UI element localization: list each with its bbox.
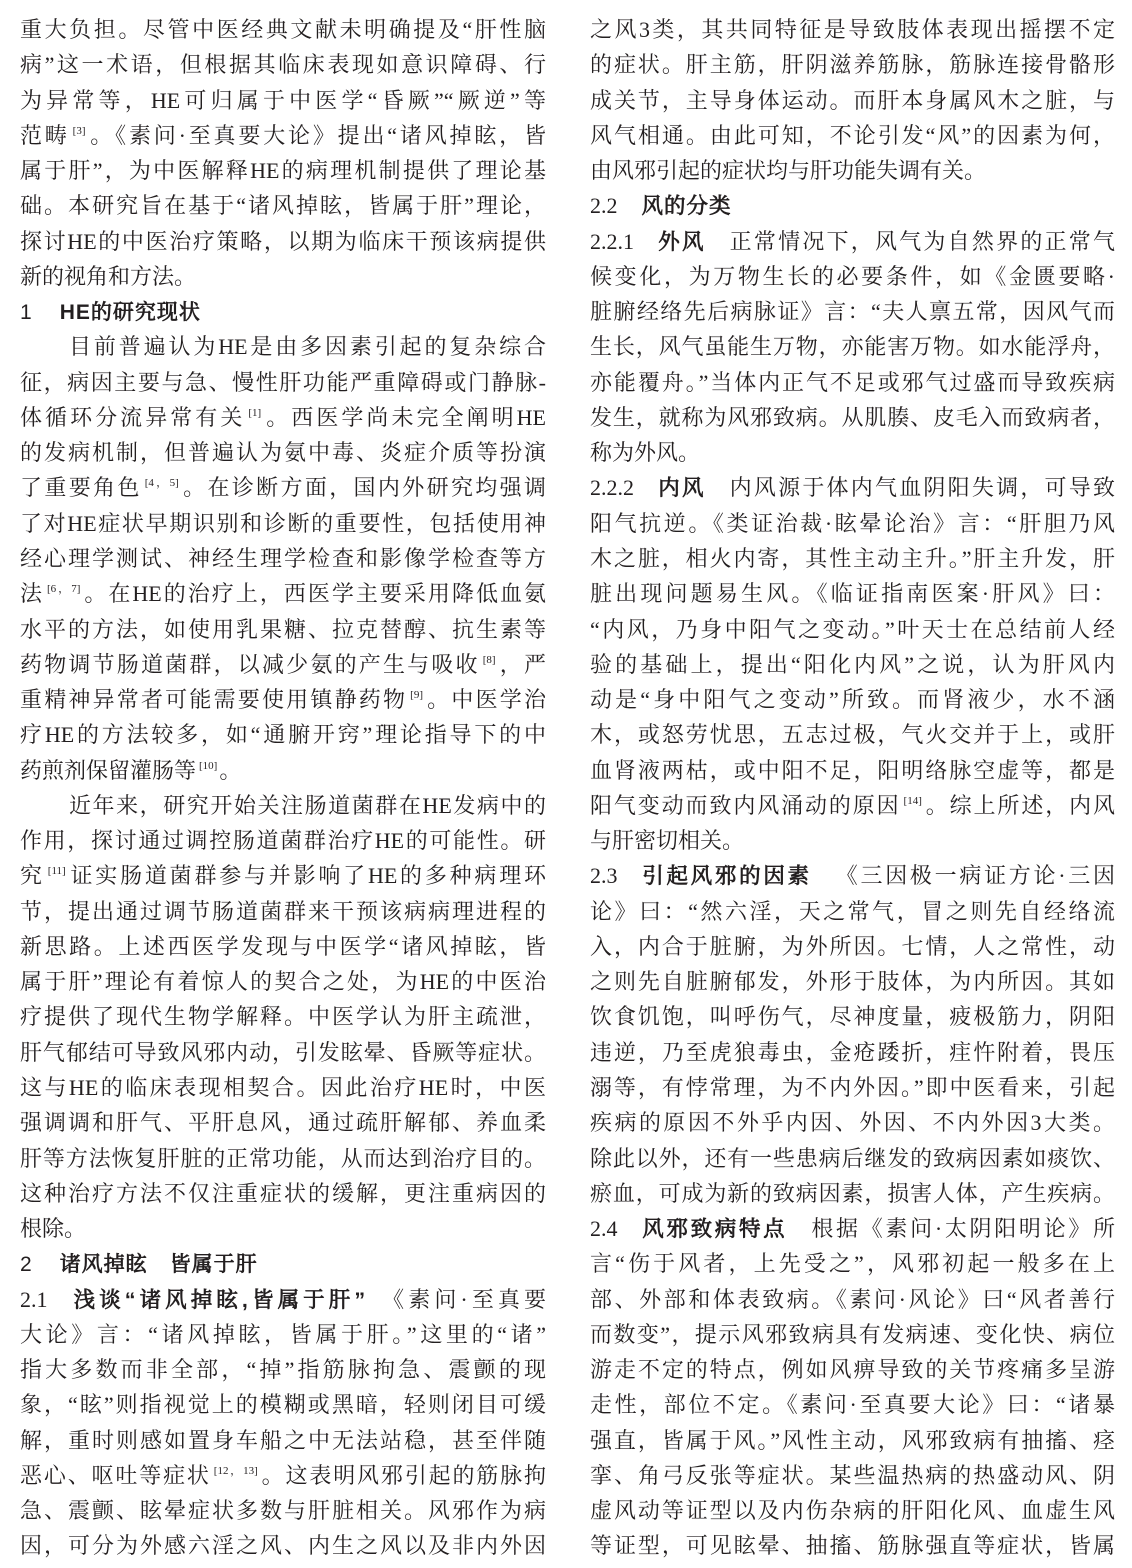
body-text: 。综上所述，内风 <box>924 793 1115 818</box>
text-line: 溺等，有悖常理，为不内外因。”即中医看来，引起 <box>590 1070 1115 1105</box>
text-line: 的发病机制，但普遍认为氨中毒、炎症介质等扮演 <box>20 435 546 470</box>
body-text: 阳气变动而致内风涌动的原因 <box>590 793 901 818</box>
section-title: HE的研究现状 <box>60 301 201 324</box>
text-line: 之风3类，其共同特征是导致肢体表现出摇摆不定 <box>590 12 1115 47</box>
body-text: 恶心、呕吐等症状 <box>20 1463 211 1488</box>
text-line: 为异常等，HE可归属于中医学“昏厥”“厥逆”等 <box>20 83 546 118</box>
citation-superscript: [14] <box>904 795 922 807</box>
body-text: 法 <box>20 581 44 606</box>
body-text: 。在诊断方面，国内外研究均强调 <box>181 475 546 500</box>
body-text: 因，可分为外感六淫之风、内生之风以及非内外因 <box>20 1533 546 1558</box>
section-heading: 1HE的研究现状 <box>20 294 546 329</box>
body-text: 了对HE症状早期识别和诊断的重要性，包括使用神 <box>20 511 546 536</box>
body-text: 。西医学尚未完全阐明HE <box>263 405 546 430</box>
paragraph: 目前普遍认为HE是由多因素引起的复杂综合征，病因主要与急、慢性肝功能严重障碍或门… <box>20 329 546 787</box>
body-text: 虚风动等证型以及内伤杂病的肝阳化风、血虚生风 <box>590 1498 1115 1523</box>
body-text: 重精神异常者可能需要使用镇静药物 <box>20 687 407 712</box>
citation-superscript: [1] <box>248 407 261 419</box>
paragraph: 2.2.1外风正常情况下，风气为自然界的正常气候变化，为万物生长的必要条件，如《… <box>590 224 1115 471</box>
body-text: 《素问·至真要 <box>389 1287 546 1312</box>
text-line: 之则先自脏腑郁发，外形于肢体，为内所因。其如 <box>590 964 1115 999</box>
citation-superscript: [9] <box>410 689 423 701</box>
text-line: 药物调节肠道菌群，以减少氨的产生与吸收[8]，严 <box>20 647 546 682</box>
body-text: 疗HE的方法较多，如“通腑开窍”理论指导下的中 <box>20 722 546 747</box>
citation-superscript: [4，5] <box>145 477 179 489</box>
body-text: 等证型，可见眩晕、抽搐、筋脉强直等症状，皆属 <box>590 1533 1115 1558</box>
text-line: 饮食饥饱，叫呼伤气，尽神度量，疲极筋力，阴阳 <box>590 999 1115 1034</box>
text-line: 2.1浅谈“诸风掉眩,皆属于肝”《素问·至真要 <box>20 1282 546 1317</box>
body-text: 为异常等，HE可归属于中医学“昏厥”“厥逆”等 <box>20 88 546 113</box>
text-line: 新思路。上述西医学发现与中医学“诸风掉眩，皆 <box>20 929 546 964</box>
text-line: 了对HE症状早期识别和诊断的重要性，包括使用神 <box>20 506 546 541</box>
text-line: 重精神异常者可能需要使用镇静药物[9]。中医学治 <box>20 682 546 717</box>
body-text: 瘀血，可成为新的致病因素，损害人体，产生疾病。 <box>590 1181 1115 1206</box>
section-number: 2.2 <box>590 193 618 218</box>
text-line: 亦能覆舟。”当体内正气不足或邪气过盛而导致疾病 <box>590 365 1115 400</box>
body-text: 言“伤于风者，上先受之”，风邪初起一般多在上 <box>590 1251 1115 1276</box>
text-line: 急、震颤、眩晕症状多数与肝脏相关。风邪作为病 <box>20 1493 546 1528</box>
right-column: 之风3类，其共同特征是导致肢体表现出摇摆不定的症状。肝主筋，肝阴滋养筋脉，筋脉连… <box>590 12 1115 1564</box>
text-line: 节，提出通过调节肠道菌群来干预该病病理进程的 <box>20 894 546 929</box>
body-text: 新思路。上述西医学发现与中医学“诸风掉眩，皆 <box>20 934 546 959</box>
left-column: 重大负担。尽管中医经典文献未明确提及“肝性脑病”这一术语，但根据其临床表现如意识… <box>20 12 546 1564</box>
text-line: 木，或怒劳忧思，五志过极，气火交并于上，或肝 <box>590 717 1115 752</box>
run-in-heading: 风邪致病特点 <box>640 1217 788 1241</box>
paragraph: 2.2.2内风内风源于体内气血阴阳失调，可导致阳气抗逆。《类证治裁·眩晕论治》言… <box>590 470 1115 858</box>
body-text: 走性，部位不定。《素问·至真要大论》曰：“诸暴 <box>590 1392 1115 1417</box>
body-text: 之风3类，其共同特征是导致肢体表现出摇摆不定 <box>590 17 1115 42</box>
body-text: 目前普遍认为HE是由多因素引起的复杂综合 <box>69 334 546 359</box>
body-text: 发生，就称为风邪致病。从肌腠、皮毛入而致病者， <box>590 405 1115 430</box>
body-text: 成关节，主导身体运动。而肝本身属风木之脏，与 <box>590 88 1115 113</box>
text-line: 大论》言：“诸风掉眩，皆属于肝。”这里的“诸” <box>20 1317 546 1352</box>
body-text: 经心理学测试、神经生理学检查和影像学检查等方 <box>20 546 546 571</box>
body-text: 这与HE的临床表现相契合。因此治疗HE时，中医 <box>20 1075 546 1100</box>
text-line: 走性，部位不定。《素问·至真要大论》曰：“诸暴 <box>590 1387 1115 1422</box>
text-line: 新的视角和方法。 <box>20 259 546 294</box>
body-text: 。 <box>219 758 241 783</box>
text-line: 2.4风邪致病特点根据《素问·太阴阳明论》所 <box>590 1211 1115 1246</box>
paragraph: 重大负担。尽管中医经典文献未明确提及“肝性脑病”这一术语，但根据其临床表现如意识… <box>20 12 546 294</box>
body-text: 由风邪引起的症状均与肝功能失调有关。 <box>590 158 986 183</box>
text-line: 脏腑经络先后病脉证》言：“夫人禀五常，因风气而 <box>590 294 1115 329</box>
text-line: 血肾液两枯，或中阳不足，阳明络脉空虚等，都是 <box>590 753 1115 788</box>
text-line: 究[11]证实肠道菌群参与并影响了HE的多种病理环 <box>20 858 546 893</box>
text-line: 疗提供了现代生物学解释。中医学认为肝主疏泄， <box>20 999 546 1034</box>
text-line: 阳气变动而致内风涌动的原因[14]。综上所述，内风 <box>590 788 1115 823</box>
body-text: 的症状。肝主筋，肝阴滋养筋脉，筋脉连接骨骼形 <box>590 52 1115 77</box>
run-in-heading: 内风 <box>656 476 706 500</box>
body-text: 入，内合于脏腑，为外所因。七情，人之常性，动 <box>590 934 1115 959</box>
text-line: 验的基础上，提出“阳化内风”之说，认为肝风内 <box>590 647 1115 682</box>
body-text: 称为外风。 <box>590 440 700 465</box>
text-line: 称为外风。 <box>590 435 1115 470</box>
body-text: 部、外部和体表致病。《素问·风论》曰“风者善行 <box>590 1287 1115 1312</box>
body-text: 新的视角和方法。 <box>20 264 196 289</box>
text-line: 言“伤于风者，上先受之”，风邪初起一般多在上 <box>590 1246 1115 1281</box>
text-line: 解，重时则感如置身车船之中无法站稳，甚至伴随 <box>20 1423 546 1458</box>
text-line: 探讨HE的中医治疗策略，以期为临床干预该病提供 <box>20 224 546 259</box>
text-line: 违逆，乃至虎狼毒虫，金疮踒折，疰忤附着，畏压 <box>590 1035 1115 1070</box>
text-line: 虚风动等证型以及内伤杂病的肝阳化风、血虚生风 <box>590 1493 1115 1528</box>
body-text: 挛、角弓反张等症状。某些温热病的热盛动风、阴 <box>590 1463 1115 1488</box>
text-line: 强直，皆属于风。”风性主动，风邪致病有抽搐、痉 <box>590 1423 1115 1458</box>
body-text: 论》曰：“然六淫，天之常气，冒之则先自经络流 <box>590 899 1115 924</box>
text-line: 肝等方法恢复肝脏的正常功能，从而达到治疗目的。 <box>20 1141 546 1176</box>
text-line: 强调调和肝气、平肝息风，通过疏肝解郁、养血柔 <box>20 1105 546 1140</box>
text-line: 根除。 <box>20 1211 546 1246</box>
body-text: 阳气抗逆。《类证治裁·眩晕论治》言：“肝胆乃风 <box>590 511 1115 536</box>
body-text: 指大多数而非全部，“掉”指筋脉拘急、震颤的现 <box>20 1357 546 1382</box>
text-line: 征，病因主要与急、慢性肝功能严重障碍或门静脉- <box>20 365 546 400</box>
text-line: 法[6，7]。在HE的治疗上，西医学主要采用降低血氨 <box>20 576 546 611</box>
text-line: 游走不定的特点，例如风痹导致的关节疼痛多呈游 <box>590 1352 1115 1387</box>
body-text: 生长，风气虽能生万物，亦能害万物。如水能浮舟， <box>590 334 1115 359</box>
citation-superscript: [8] <box>483 654 496 666</box>
body-text: 了重要角色 <box>20 475 142 500</box>
body-text: 除此以外，还有一些患病后继发的致病因素如痰饮、 <box>590 1146 1115 1171</box>
body-text: 脏出现问题易生风。《临证指南医案·肝风》曰： <box>590 581 1115 606</box>
paragraph: 2.4风邪致病特点根据《素问·太阴阳明论》所言“伤于风者，上先受之”，风邪初起一… <box>590 1211 1115 1564</box>
body-text: 血肾液两枯，或中阳不足，阳明络脉空虚等，都是 <box>590 758 1115 783</box>
text-line: 发生，就称为风邪致病。从肌腠、皮毛入而致病者， <box>590 400 1115 435</box>
text-line: 属于肝”，为中医解释HE的病理机制提供了理论基 <box>20 153 546 188</box>
text-line: 2.2.1外风正常情况下，风气为自然界的正常气 <box>590 224 1115 259</box>
body-text: 木之脏，相火内寄，其性主动主升。”肝主升发，肝 <box>590 546 1115 571</box>
text-line: “内风，乃身中阳气之变动。”叶天士在总结前人经 <box>590 612 1115 647</box>
text-line: 而数变”，提示风邪致病具有发病速、变化快、病位 <box>590 1317 1115 1352</box>
citation-superscript: [6，7] <box>47 583 80 595</box>
text-line: 2.2.2内风内风源于体内气血阴阳失调，可导致 <box>590 470 1115 505</box>
body-text: 。这表明风邪引起的筋脉拘 <box>260 1463 546 1488</box>
paper-page: 重大负担。尽管中医经典文献未明确提及“肝性脑病”这一术语，但根据其临床表现如意识… <box>0 0 1132 1568</box>
section-number: 2.4 <box>590 1216 618 1241</box>
text-line: 脏出现问题易生风。《临证指南医案·肝风》曰： <box>590 576 1115 611</box>
body-text: 之则先自脏腑郁发，外形于肢体，为内所因。其如 <box>590 969 1115 994</box>
body-text: 解，重时则感如置身车船之中无法站稳，甚至伴随 <box>20 1428 546 1453</box>
body-text: 疾病的原因不外乎内因、外因、不内外因3大类。 <box>590 1110 1115 1135</box>
text-line: 恶心、呕吐等症状[12，13]。这表明风邪引起的筋脉拘 <box>20 1458 546 1493</box>
section-number: 2.2.1 <box>590 229 634 254</box>
paragraph: 2.3引起风邪的因素《三因极一病证方论·三因论》曰：“然六淫，天之常气，冒之则先… <box>590 858 1115 1211</box>
body-text: 属于肝”，为中医解释HE的病理机制提供了理论基 <box>20 158 546 183</box>
body-text: 究 <box>20 863 45 888</box>
text-line: 药煎剂保留灌肠等[10]。 <box>20 753 546 788</box>
run-in-heading: 外风 <box>656 230 706 254</box>
paragraph: 之风3类，其共同特征是导致肢体表现出摇摆不定的症状。肝主筋，肝阴滋养筋脉，筋脉连… <box>590 12 1115 188</box>
body-text: 亦能覆舟。”当体内正气不足或邪气过盛而导致疾病 <box>590 370 1115 395</box>
section-heading: 2诸风掉眩 皆属于肝 <box>20 1246 546 1281</box>
citation-superscript: [3] <box>73 125 86 137</box>
body-text: 与肝密切相关。 <box>590 828 744 853</box>
body-text: 。中医学治 <box>425 687 546 712</box>
body-text: 征，病因主要与急、慢性肝功能严重障碍或门静脉- <box>20 370 546 395</box>
run-in-heading: 引起风邪的因素 <box>640 864 812 888</box>
text-line: 象，“眩”则指视觉上的模糊或黑暗，轻则闭目可缓 <box>20 1387 546 1422</box>
text-line: 范畴[3]。《素问·至真要大论》提出“诸风掉眩，皆 <box>20 118 546 153</box>
text-line: 这与HE的临床表现相契合。因此治疗HE时，中医 <box>20 1070 546 1105</box>
text-line: 2.3引起风邪的因素《三因极一病证方论·三因 <box>590 858 1115 893</box>
body-text: 属于肝”理论有着惊人的契合之处，为HE的中医治 <box>20 969 546 994</box>
body-text: 的发病机制，但普遍认为氨中毒、炎症介质等扮演 <box>20 440 546 465</box>
body-text: 正常情况下，风气为自然界的正常气 <box>730 229 1115 254</box>
section-title: 风的分类 <box>642 194 732 218</box>
text-line: 重大负担。尽管中医经典文献未明确提及“肝性脑 <box>20 12 546 47</box>
body-text: 药物调节肠道菌群，以减少氨的产生与吸收 <box>20 652 480 677</box>
body-text: 风气相通。由此可知，不论引发“风”的因素为何， <box>590 123 1115 148</box>
text-line: 除此以外，还有一些患病后继发的致病因素如痰饮、 <box>590 1141 1115 1176</box>
body-text: 而数变”，提示风邪致病具有发病速、变化快、病位 <box>590 1322 1115 1347</box>
body-text: 这种治疗方法不仅注重症状的缓解，更注重病因的 <box>20 1181 546 1206</box>
text-line: 指大多数而非全部，“掉”指筋脉拘急、震颤的现 <box>20 1352 546 1387</box>
text-line: 部、外部和体表致病。《素问·风论》曰“风者善行 <box>590 1282 1115 1317</box>
body-text: 根除。 <box>20 1216 86 1241</box>
body-text: 体循环分流异常有关 <box>20 405 245 430</box>
text-line: 挛、角弓反张等症状。某些温热病的热盛动风、阴 <box>590 1458 1115 1493</box>
body-text: 。在HE的治疗上，西医学主要采用降低血氨 <box>82 581 546 606</box>
text-line: 水平的方法，如使用乳果糖、拉克替醇、抗生素等 <box>20 612 546 647</box>
text-line: 疾病的原因不外乎内因、外因、不内外因3大类。 <box>590 1105 1115 1140</box>
text-line: 论》曰：“然六淫，天之常气，冒之则先自经络流 <box>590 894 1115 929</box>
body-text: 近年来，研究开始关注肠道菌群在HE发病中的 <box>69 793 546 818</box>
text-line: 经心理学测试、神经生理学检查和影像学检查等方 <box>20 541 546 576</box>
citation-superscript: [11] <box>48 865 66 877</box>
citation-superscript: [12，13] <box>214 1465 258 1477</box>
text-line: 体循环分流异常有关[1]。西医学尚未完全阐明HE <box>20 400 546 435</box>
body-text: 疗提供了现代生物学解释。中医学认为肝主疏泄， <box>20 1004 546 1029</box>
body-text: 强直，皆属于风。”风性主动，风邪致病有抽搐、痉 <box>590 1428 1115 1453</box>
section-number: 2.2.2 <box>590 475 634 500</box>
body-text: 探讨HE的中医治疗策略，以期为临床干预该病提供 <box>20 229 546 254</box>
body-text: 肝等方法恢复肝脏的正常功能，从而达到治疗目的。 <box>20 1146 546 1171</box>
section-number: 2.1 <box>20 1287 48 1312</box>
body-text: 范畴 <box>20 123 70 148</box>
text-line: 成关节，主导身体运动。而肝本身属风木之脏，与 <box>590 83 1115 118</box>
paragraph: 2.1浅谈“诸风掉眩,皆属于肝”《素问·至真要大论》言：“诸风掉眩，皆属于肝。”… <box>20 1282 546 1564</box>
section-number: 1 <box>20 301 32 324</box>
text-line: 属于肝”理论有着惊人的契合之处，为HE的中医治 <box>20 964 546 999</box>
text-line: 瘀血，可成为新的致病因素，损害人体，产生疾病。 <box>590 1176 1115 1211</box>
text-line: 疗HE的方法较多，如“通腑开窍”理论指导下的中 <box>20 717 546 752</box>
text-line: 这种治疗方法不仅注重症状的缓解，更注重病因的 <box>20 1176 546 1211</box>
body-text: 饮食饥饱，叫呼伤气，尽神度量，疲极筋力，阴阳 <box>590 1004 1115 1029</box>
body-text: 验的基础上，提出“阳化内风”之说，认为肝风内 <box>590 652 1115 677</box>
body-text: 强调调和肝气、平肝息风，通过疏肝解郁、养血柔 <box>20 1110 546 1135</box>
body-text: 证实肠道菌群参与并影响了HE的多种病理环 <box>68 863 546 888</box>
body-text: 急、震颤、眩晕症状多数与肝脏相关。风邪作为病 <box>20 1498 546 1523</box>
text-line: 等证型，可见眩晕、抽搐、筋脉强直等症状，皆属 <box>590 1528 1115 1563</box>
text-line: 础。本研究旨在基于“诸风掉眩，皆属于肝”理论， <box>20 188 546 223</box>
body-text: 重大负担。尽管中医经典文献未明确提及“肝性脑 <box>20 17 546 42</box>
text-line: 目前普遍认为HE是由多因素引起的复杂综合 <box>20 329 546 364</box>
body-text: 象，“眩”则指视觉上的模糊或黑暗，轻则闭目可缓 <box>20 1392 546 1417</box>
section-number: 2 <box>20 1253 32 1276</box>
paragraph: 近年来，研究开始关注肠道菌群在HE发病中的作用，探讨通过调控肠道菌群治疗HE的可… <box>20 788 546 1246</box>
text-line: 生长，风气虽能生万物，亦能害万物。如水能浮舟， <box>590 329 1115 364</box>
body-text: 药煎剂保留灌肠等 <box>20 758 196 783</box>
body-text: 木，或怒劳忧思，五志过极，气火交并于上，或肝 <box>590 722 1115 747</box>
body-text: 。《素问·至真要大论》提出“诸风掉眩，皆 <box>87 123 546 148</box>
text-line: 由风邪引起的症状均与肝功能失调有关。 <box>590 153 1115 188</box>
text-line: 动是“身中阳气之变动”所致。而肾液少，水不涵 <box>590 682 1115 717</box>
text-line: 作用，探讨通过调控肠道菌群治疗HE的可能性。研 <box>20 823 546 858</box>
body-text: 动是“身中阳气之变动”所致。而肾液少，水不涵 <box>590 687 1115 712</box>
body-text: 根据《素问·太阴阳明论》所 <box>811 1216 1115 1241</box>
body-text: 溺等，有悖常理，为不内外因。”即中医看来，引起 <box>590 1075 1115 1100</box>
body-text: 《三因极一病证方论·三因 <box>836 863 1115 888</box>
text-line: 的症状。肝主筋，肝阴滋养筋脉，筋脉连接骨骼形 <box>590 47 1115 82</box>
text-line: 肝气郁结可导致风邪内动，引发眩晕、昏厥等症状。 <box>20 1035 546 1070</box>
body-text: 违逆，乃至虎狼毒虫，金疮踒折，疰忤附着，畏压 <box>590 1040 1115 1065</box>
citation-superscript: [10] <box>199 760 217 772</box>
body-text: 脏腑经络先后病脉证》言：“夫人禀五常，因风气而 <box>590 299 1115 324</box>
body-text: 作用，探讨通过调控肠道菌群治疗HE的可能性。研 <box>20 828 546 853</box>
body-text: ，严 <box>498 652 546 677</box>
body-text: 大论》言：“诸风掉眩，皆属于肝。”这里的“诸” <box>20 1322 546 1347</box>
text-line: 病”这一术语，但根据其临床表现如意识障碍、行 <box>20 47 546 82</box>
body-text: 内风源于体内气血阴阳失调，可导致 <box>730 475 1115 500</box>
text-line: 木之脏，相火内寄，其性主动主升。”肝主升发，肝 <box>590 541 1115 576</box>
text-line: 风气相通。由此可知，不论引发“风”的因素为何， <box>590 118 1115 153</box>
subsection-heading: 2.2风的分类 <box>590 188 1115 223</box>
text-line: 候变化，为万物生长的必要条件，如《金匮要略· <box>590 259 1115 294</box>
body-text: 候变化，为万物生长的必要条件，如《金匮要略· <box>590 264 1115 289</box>
text-line: 因，可分为外感六淫之风、内生之风以及非内外因 <box>20 1528 546 1563</box>
text-line: 了重要角色[4，5]。在诊断方面，国内外研究均强调 <box>20 470 546 505</box>
section-number: 2.3 <box>590 863 618 888</box>
run-in-heading: 浅谈“诸风掉眩,皆属于肝” <box>70 1288 366 1312</box>
body-text: “内风，乃身中阳气之变动。”叶天士在总结前人经 <box>590 617 1115 642</box>
section-title: 诸风掉眩 皆属于肝 <box>60 1253 258 1276</box>
body-text: 础。本研究旨在基于“诸风掉眩，皆属于肝”理论， <box>20 193 546 218</box>
body-text: 游走不定的特点，例如风痹导致的关节疼痛多呈游 <box>590 1357 1115 1382</box>
text-line: 阳气抗逆。《类证治裁·眩晕论治》言：“肝胆乃风 <box>590 506 1115 541</box>
text-line: 与肝密切相关。 <box>590 823 1115 858</box>
body-text: 节，提出通过调节肠道菌群来干预该病病理进程的 <box>20 899 546 924</box>
body-text: 水平的方法，如使用乳果糖、拉克替醇、抗生素等 <box>20 617 546 642</box>
body-text: 肝气郁结可导致风邪内动，引发眩晕、昏厥等症状。 <box>20 1040 546 1065</box>
text-line: 入，内合于脏腑，为外所因。七情，人之常性，动 <box>590 929 1115 964</box>
body-text: 病”这一术语，但根据其临床表现如意识障碍、行 <box>20 52 546 77</box>
text-line: 近年来，研究开始关注肠道菌群在HE发病中的 <box>20 788 546 823</box>
